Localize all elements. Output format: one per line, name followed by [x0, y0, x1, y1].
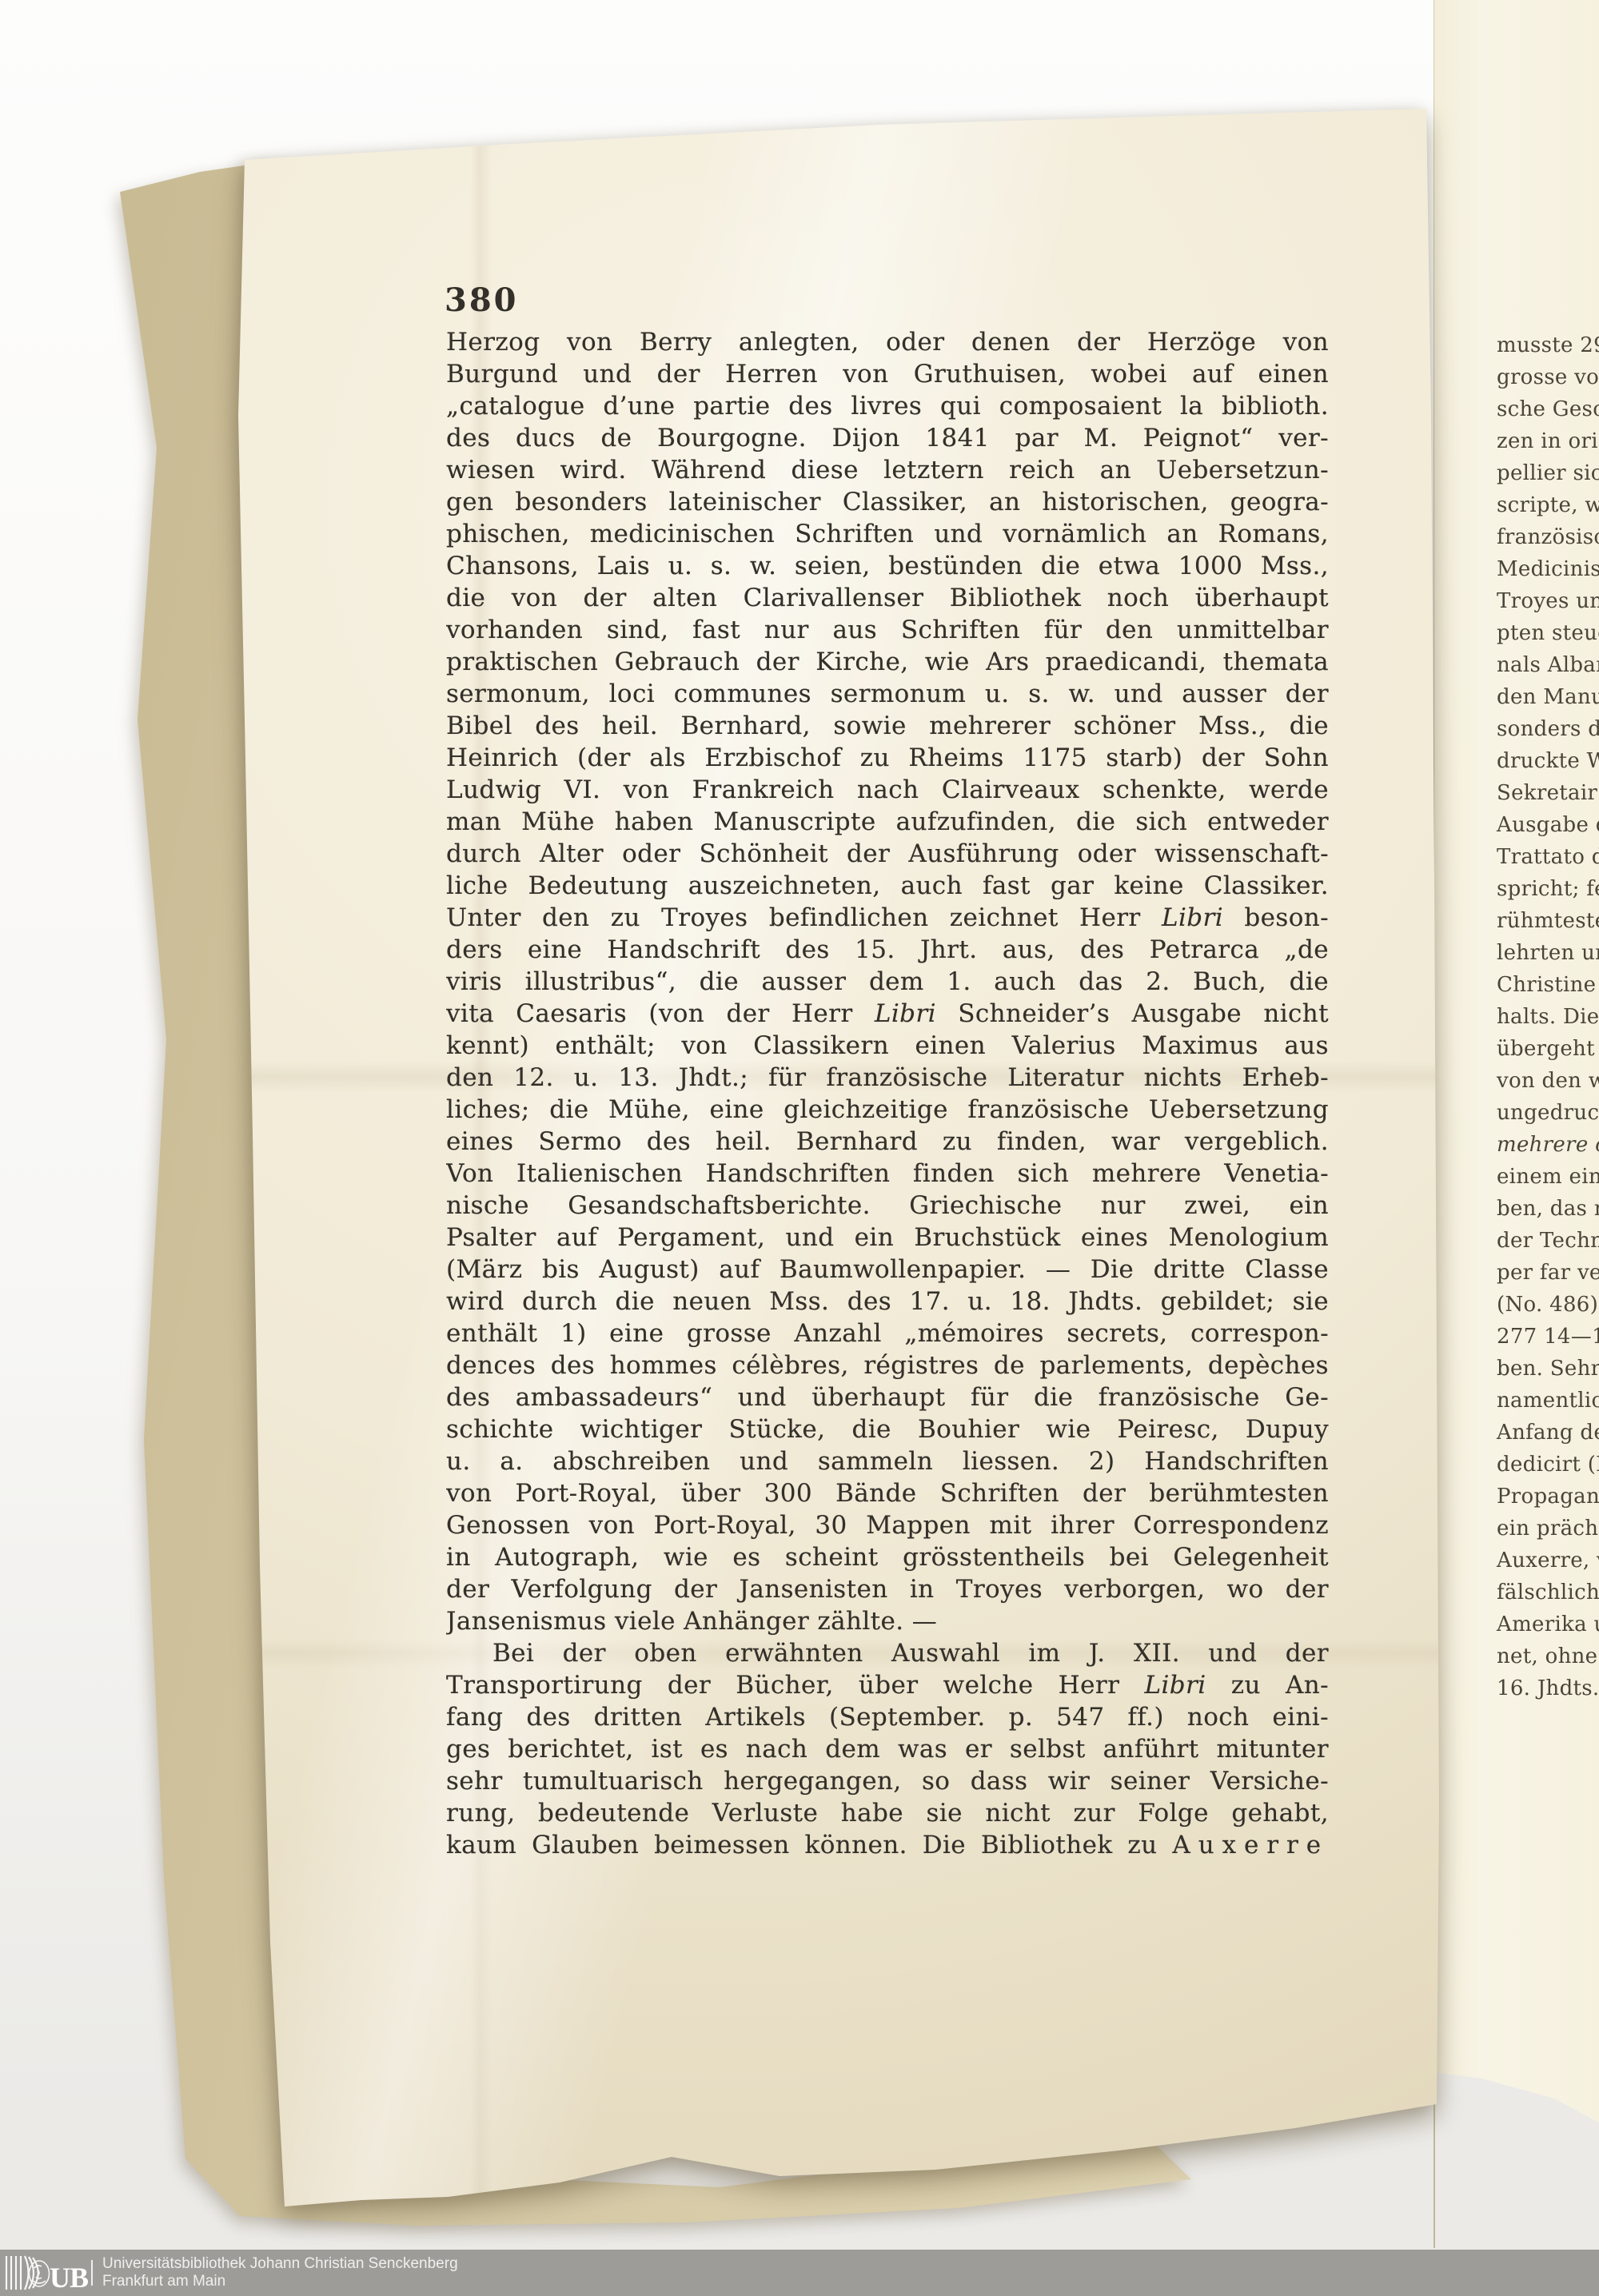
text-line: Psalter auf Pergament, und ein Bruchstüc… — [446, 1222, 1329, 1254]
text-line: Heinrich (der als Erzbischof zu Rheims 1… — [446, 742, 1329, 774]
text-line: Chansons, Lais u. s. w. seien, bestünden… — [446, 550, 1329, 582]
text-line: Herzog von Berry anlegten, oder denen de… — [446, 326, 1329, 358]
ub-logo-text: UB — [50, 2262, 89, 2292]
text-line: man Mühe haben Manuscripte aufzufinden, … — [446, 806, 1329, 838]
text-line: kennt) enthält; von Classikern einen Val… — [446, 1030, 1329, 1062]
text-line: Ludwig VI. von Frankreich nach Clairveau… — [446, 774, 1329, 806]
text-line: Von Italienischen Handschriften finden s… — [446, 1158, 1329, 1190]
text-line: Burgund und der Herren von Gruthuisen, w… — [446, 358, 1329, 390]
text-line: wiesen wird. Während diese letztern reic… — [446, 454, 1329, 486]
text-line: schichte wichtiger Stücke, die Bouhier w… — [446, 1413, 1329, 1445]
text-line: sermonum, loci communes sermonum u. s. w… — [446, 678, 1329, 710]
text-line: nische Gesandschaftsberichte. Griechisch… — [446, 1190, 1329, 1222]
text-line: des ducs de Bourgogne. Dijon 1841 par M.… — [446, 422, 1329, 454]
text-block: Herzog von Berry anlegten, oder denen de… — [446, 326, 1329, 1861]
text-line: dences des hommes célèbres, régistres de… — [446, 1349, 1329, 1381]
text-line: (März bis August) auf Baumwollenpapier. … — [446, 1254, 1329, 1286]
text-line: liche Bedeutung auszeichneten, auch fast… — [446, 870, 1329, 902]
text-line: vorhanden sind, fast nur aus Schriften f… — [446, 614, 1329, 646]
library-name: Universitätsbibliothek Johann Christian … — [102, 2255, 458, 2273]
footer-text: Universitätsbibliothek Johann Christian … — [102, 2255, 458, 2290]
text-line: von Port-Royal, über 300 Bände Schriften… — [446, 1477, 1329, 1509]
text-line: fang des dritten Artikels (September. p.… — [446, 1701, 1329, 1733]
text-line: der Verfolgung der Jansenisten in Troyes… — [446, 1573, 1329, 1605]
text-line: Unter den zu Troyes befindlichen zeichne… — [446, 902, 1329, 934]
text-line: viris illustribus“, die ausser dem 1. au… — [446, 966, 1329, 998]
text-line: ges berichtet, ist es nach dem was er se… — [446, 1733, 1329, 1765]
library-city: Frankfurt am Main — [102, 2273, 458, 2290]
text-line: Jansenismus viele Anhänger zählte. — — [446, 1605, 1329, 1637]
portrait-icon — [30, 2261, 50, 2286]
text-line: praktischen Gebrauch der Kirche, wie Ars… — [446, 646, 1329, 678]
text-line: gen besonders lateinischer Classiker, an… — [446, 486, 1329, 518]
text-line: eines Sermo des heil. Bernhard zu finden… — [446, 1126, 1329, 1158]
text-line: enthält 1) eine grosse Anzahl „mémoires … — [446, 1317, 1329, 1349]
text-line: Genossen von Port-Royal, 30 Mappen mit i… — [446, 1509, 1329, 1541]
text-line: des ambassadeurs“ und überhaupt für die … — [446, 1381, 1329, 1413]
page-number: 380 — [445, 281, 519, 319]
text-line: vita Caesaris (von der Herr Libri Schnei… — [446, 998, 1329, 1030]
text-line: durch Alter oder Schönheit der Ausführun… — [446, 838, 1329, 870]
text-line: Bibel des heil. Bernhard, sowie mehrerer… — [446, 710, 1329, 742]
text-line: phischen, medicinischen Schriften und vo… — [446, 518, 1329, 550]
text-line: kaum Glauben beimessen können. Die Bibli… — [446, 1829, 1329, 1861]
text-line: wird durch die neuen Mss. des 17. u. 18.… — [446, 1286, 1329, 1317]
ub-logo: UB — [3, 2254, 93, 2292]
text-line: sehr tumultuarisch hergegangen, so dass … — [446, 1765, 1329, 1797]
text-line: rung, bedeutende Verluste habe sie nicht… — [446, 1797, 1329, 1829]
text-line: in Autograph, wie es scheint grösstenthe… — [446, 1541, 1329, 1573]
scanned-page: 380 Herzog von Berry anlegten, oder dene… — [0, 0, 1599, 2296]
text-line: „catalogue d’une partie des livres qui c… — [446, 390, 1329, 422]
logo-separator — [91, 2260, 93, 2286]
text-line: Bei der oben erwähnten Auswahl im J. XII… — [446, 1637, 1329, 1669]
text-line: den 12. u. 13. Jhdt.; für französische L… — [446, 1062, 1329, 1094]
text-line: Transportirung der Bücher, über welche H… — [446, 1669, 1329, 1701]
paragraph: Bei der oben erwähnten Auswahl im J. XII… — [446, 1637, 1329, 1861]
text-line: ders eine Handschrift des 15. Jhrt. aus,… — [446, 934, 1329, 966]
footer-bar: UB Universitätsbibliothek Johann Christi… — [0, 2250, 1599, 2296]
paragraph: Herzog von Berry anlegten, oder denen de… — [446, 326, 1329, 1637]
text-line: liches; die Mühe, eine gleichzeitige fra… — [446, 1094, 1329, 1126]
scanned-page-wrap: 380 Herzog von Berry anlegten, oder dene… — [0, 0, 1599, 2296]
text-line: die von der alten Clarivallenser Bibliot… — [446, 582, 1329, 614]
text-line: u. a. abschreiben und sammeln liessen. 2… — [446, 1445, 1329, 1477]
